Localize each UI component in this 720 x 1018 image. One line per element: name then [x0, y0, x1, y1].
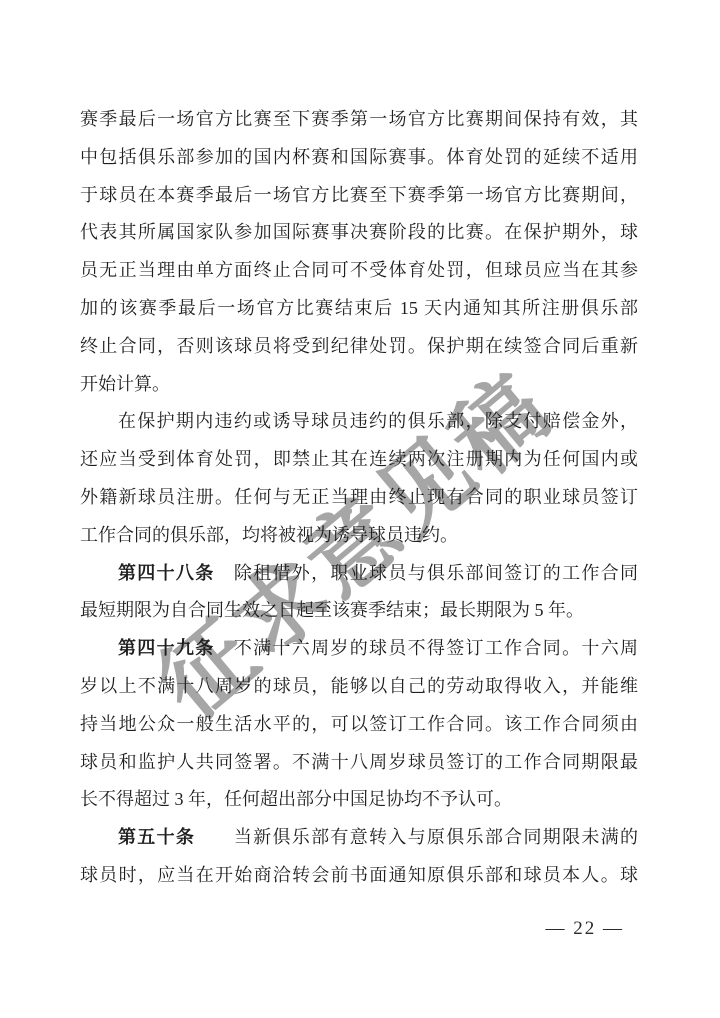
text-line: 于球员在本赛季最后一场官方比赛至下赛季第一场官方比赛期间，: [80, 177, 638, 215]
article-heading: 第四十九条: [118, 638, 215, 658]
text-line: 终止合同，否则该球员将受到纪律处罚。保护期在续签合同后重新: [80, 328, 638, 366]
text-line: 最短期限为自合同生效之日起至该赛季结束；最长期限为 5 年。: [80, 592, 638, 630]
text-line: 在保护期内违约或诱导球员违约的俱乐部，除支付赔偿金外，: [80, 403, 638, 441]
text-line: 赛季最后一场官方比赛至下赛季第一场官方比赛期间保持有效，其: [80, 101, 638, 139]
text-line: 第五十条 当新俱乐部有意转入与原俱乐部合同期限未满的: [80, 819, 638, 857]
text-line: 球员和监护人共同签署。不满十八周岁球员签订的工作合同期限最: [80, 744, 638, 782]
page-number: — 22 —: [546, 918, 625, 940]
text-line: 岁以上不满十八周岁的球员，能够以自己的劳动取得收入，并能维: [80, 668, 638, 706]
text-line: 长不得超过 3 年，任何超出部分中国足协均不予认可。: [80, 781, 638, 819]
document-page: 征求意见稿 赛季最后一场官方比赛至下赛季第一场官方比赛期间保持有效，其中包括俱乐…: [0, 0, 720, 1018]
text-line: 开始计算。: [80, 366, 638, 404]
text-line: 第四十九条 不满十六周岁的球员不得签订工作合同。十六周: [80, 630, 638, 668]
article-heading: 第四十八条: [118, 563, 215, 583]
text-line: 持当地公众一般生活水平的，可以签订工作合同。该工作合同须由: [80, 706, 638, 744]
body-text: 赛季最后一场官方比赛至下赛季第一场官方比赛期间保持有效，其中包括俱乐部参加的国内…: [80, 101, 638, 895]
article-heading: 第五十条: [118, 827, 195, 847]
text-line: 加的该赛季最后一场官方比赛结束后 15 天内通知其所注册俱乐部: [80, 290, 638, 328]
text-line: 代表其所属国家队参加国际赛事决赛阶段的比赛。在保护期外，球: [80, 214, 638, 252]
text-line: 第四十八条 除租借外，职业球员与俱乐部间签订的工作合同: [80, 555, 638, 593]
text-line: 员无正当理由单方面终止合同可不受体育处罚，但球员应当在其参: [80, 252, 638, 290]
text-line: 中包括俱乐部参加的国内杯赛和国际赛事。体育处罚的延续不适用: [80, 139, 638, 177]
text-line: 外籍新球员注册。任何与无正当理由终止现有合同的职业球员签订: [80, 479, 638, 517]
text-line: 球员时，应当在开始商洽转会前书面通知原俱乐部和球员本人。球: [80, 857, 638, 895]
text-line: 工作合同的俱乐部，均将被视为诱导球员违约。: [80, 517, 638, 555]
text-line: 还应当受到体育处罚，即禁止其在连续两次注册期内为任何国内或: [80, 441, 638, 479]
